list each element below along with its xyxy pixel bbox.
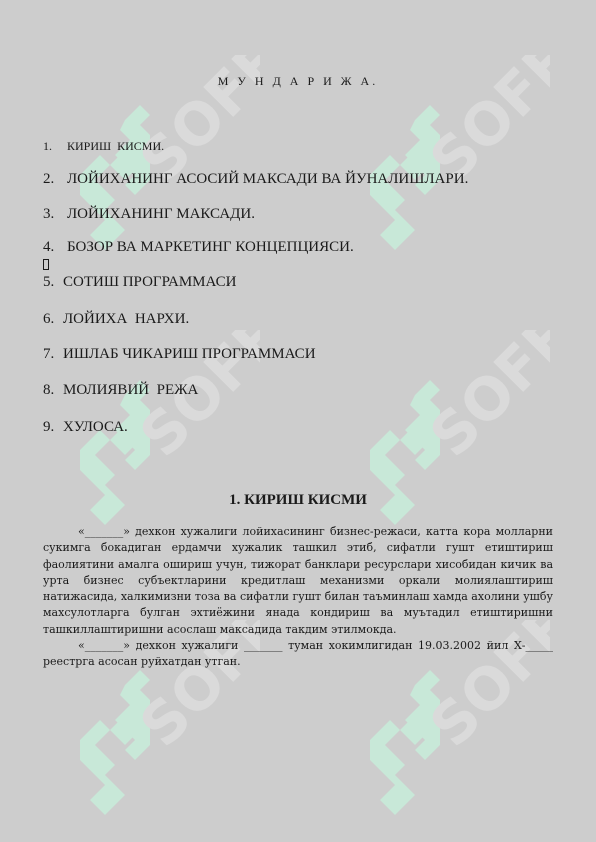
toc-item: 7.ИШЛАБ ЧИКАРИШ ПРОГРАММАСИ	[43, 346, 316, 363]
section-body: «_______» дехкон хужалиги лойихасининг б…	[43, 524, 553, 671]
paragraph: «_______» дехкон хужалиги _______ туман …	[43, 638, 553, 671]
paragraph: «_______» дехкон хужалиги лойихасининг б…	[43, 524, 553, 638]
document-page: М У Н Д А Р И Ж А. 1.КИРИШ КИСМИ. 2.ЛОЙИ…	[0, 0, 596, 842]
toc-item: 9.ХУЛОСА.	[43, 419, 128, 436]
missing-glyph-box	[43, 259, 49, 270]
toc-item: 4.БОЗОР ВА МАРКЕТИНГ КОНЦЕПЦИЯСИ.	[43, 239, 354, 256]
toc-item: 5.СОТИШ ПРОГРАММАСИ	[43, 274, 236, 291]
toc-item: 6.ЛОЙИХА НАРХИ.	[43, 311, 189, 328]
toc-item: 3.ЛОЙИХАНИНГ МАКСАДИ.	[43, 206, 255, 223]
toc-item: 8.МОЛИЯВИЙ РЕЖА	[43, 382, 198, 399]
toc-item: 2.ЛОЙИХАНИНГ АСОСИЙ МАКСАДИ ВА ЙУНАЛИШЛА…	[43, 171, 468, 188]
section-title: 1. КИРИШ КИСМИ	[0, 492, 596, 509]
toc-item: 1.КИРИШ КИСМИ.	[43, 139, 164, 154]
toc-title: М У Н Д А Р И Ж А.	[0, 74, 596, 89]
